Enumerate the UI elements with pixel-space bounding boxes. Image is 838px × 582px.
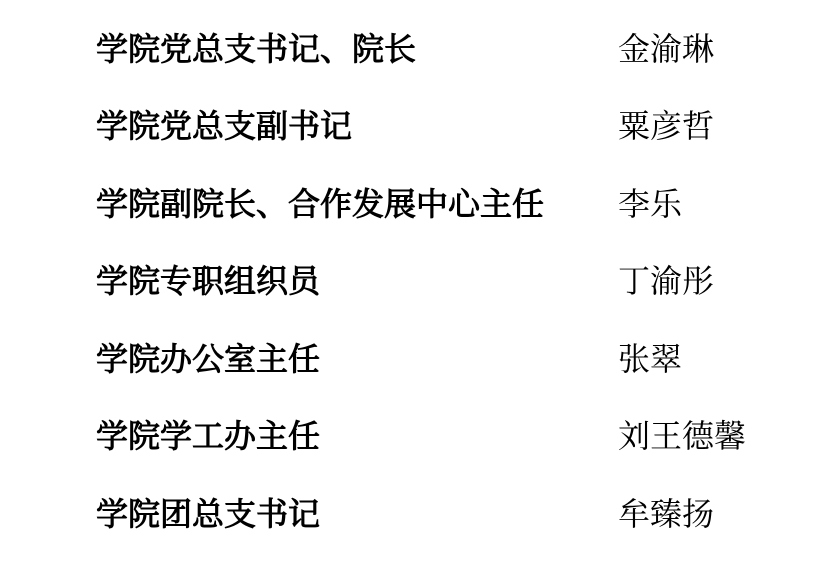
person-name: 丁渝彤: [618, 265, 714, 297]
table-row: 学院团总支书记 牟臻扬: [0, 475, 838, 553]
person-name: 粟彦哲: [618, 110, 714, 142]
person-name: 金渝琳: [618, 33, 714, 65]
table-row: 学院党总支副书记 粟彦哲: [0, 88, 838, 166]
person-name: 刘王德馨: [618, 420, 746, 452]
table-row: 学院副院长、合作发展中心主任 李乐: [0, 165, 838, 243]
table-row: 学院办公室主任 张翠: [0, 320, 838, 398]
position-title: 学院办公室主任: [96, 343, 618, 375]
person-name: 张翠: [618, 343, 682, 375]
position-title: 学院专职组织员: [96, 265, 618, 297]
position-title: 学院党总支书记、院长: [96, 33, 618, 65]
position-title: 学院团总支书记: [96, 498, 618, 530]
person-name: 牟臻扬: [618, 498, 714, 530]
position-title: 学院副院长、合作发展中心主任: [96, 188, 618, 220]
position-title: 学院学工办主任: [96, 420, 618, 452]
position-title: 学院党总支副书记: [96, 110, 618, 142]
person-name: 李乐: [618, 188, 682, 220]
document-page: 学院党总支书记、院长 金渝琳 学院党总支副书记 粟彦哲 学院副院长、合作发展中心…: [0, 0, 838, 582]
table-row: 学院党总支书记、院长 金渝琳: [0, 10, 838, 88]
table-row: 学院学工办主任 刘王德馨: [0, 398, 838, 476]
table-row: 学院专职组织员 丁渝彤: [0, 243, 838, 321]
